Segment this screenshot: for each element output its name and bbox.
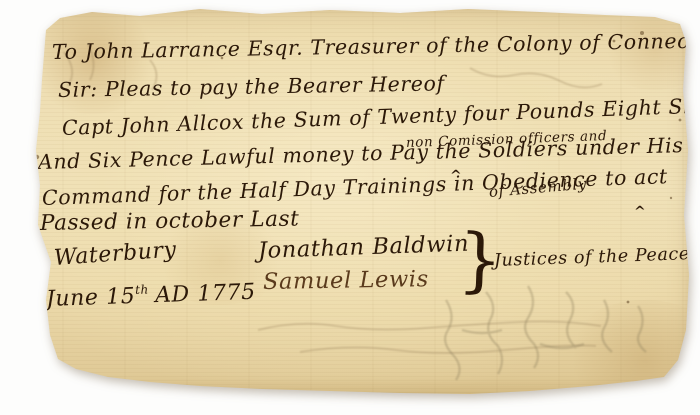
date-day: June 15 <box>46 284 136 312</box>
paper-shadow-wrap: To John Larrance Esqr. Treasurer of the … <box>0 0 700 415</box>
caret-mark-2: ^ <box>634 204 646 220</box>
signature-samuel-lewis: Samuel Lewis <box>263 266 429 295</box>
purpose-line-3: Passed in october Last <box>40 206 300 236</box>
address-line: To John Larrance Esqr. Treasurer of the … <box>52 28 700 64</box>
date-year: AD 1775 <box>155 280 257 308</box>
place-line: Waterbury <box>53 237 177 271</box>
signature-title: Justices of the Peace <box>494 244 691 271</box>
salutation-line: Sir: Pleas to pay the Bearer Hereof <box>58 71 445 102</box>
paper-stain-bottom-right <box>560 300 700 415</box>
signature-jonathan-baldwin: Jonathan Baldwin <box>258 231 470 264</box>
scan-surface: To John Larrance Esqr. Treasurer of the … <box>0 0 700 415</box>
manuscript-paper: To John Larrance Esqr. Treasurer of the … <box>0 0 700 415</box>
date-line: June 15thAD 1775 <box>46 279 257 312</box>
date-ordinal-superscript: th <box>135 282 149 296</box>
